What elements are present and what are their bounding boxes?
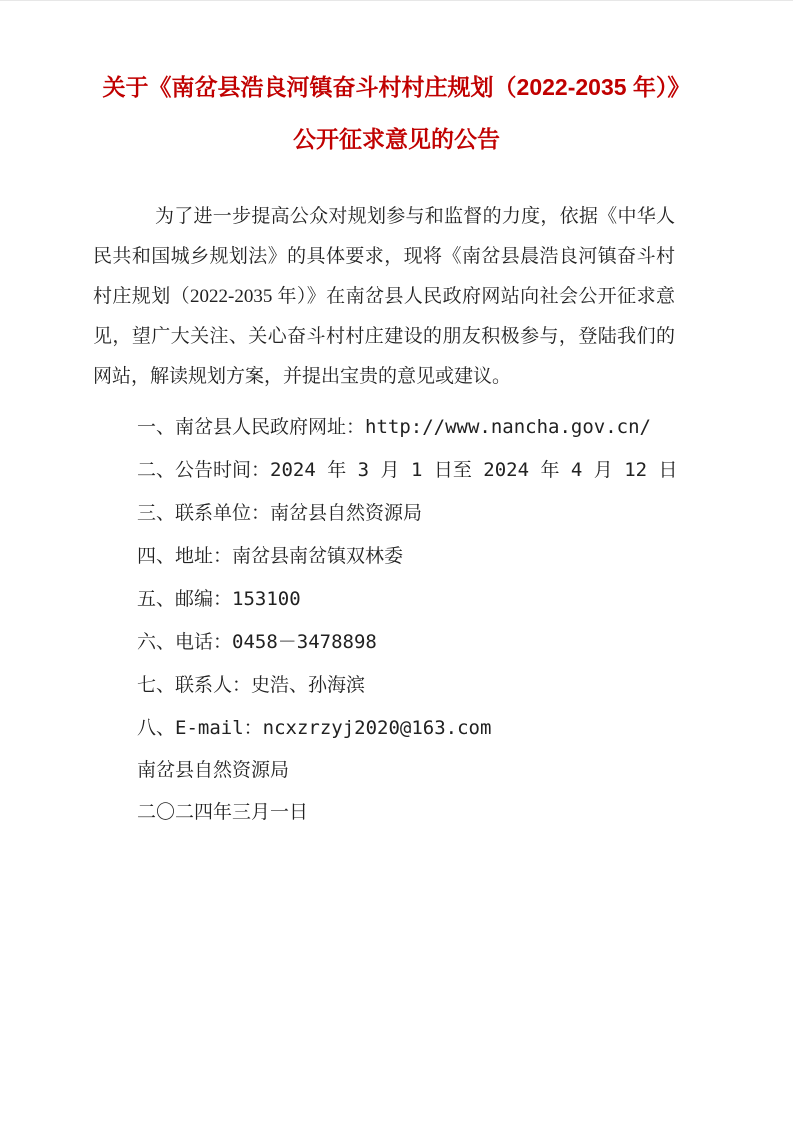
item-label: 七、联系人： [137,674,251,696]
item-label: 八、E-mail： [137,717,263,739]
list-item: 三、联系单位：南岔县自然资源局 [137,492,675,535]
list-item: 五、邮编：153100 [137,578,675,621]
item-value-postal-code: 153100 [232,588,301,610]
list-item: 六、电话：0458－3478898 [137,621,675,664]
list-item: 七、联系人：史浩、孙海滨 [137,664,675,707]
item-value-notice-period: 2024 年 3 月 1 日至 2024 年 4 月 12 日 [270,459,678,481]
closing-block: 南岔县自然资源局 二〇二四年三月一日 [137,750,675,834]
document-page: 关于《南岔县浩良河镇奋斗村村庄规划（2022-2035 年）》 公开征求意见的公… [0,0,793,1122]
item-label: 四、地址： [137,545,232,567]
item-value-contact-persons: 史浩、孙海滨 [251,674,365,696]
item-label: 五、邮编： [137,588,232,610]
list-item: 二、公告时间：2024 年 3 月 1 日至 2024 年 4 月 12 日 [137,449,675,492]
info-list: 一、南岔县人民政府网址：http://www.nancha.gov.cn/ 二、… [137,406,675,750]
list-item: 一、南岔县人民政府网址：http://www.nancha.gov.cn/ [137,406,675,449]
intro-paragraph: 为了进一步提高公众对规划参与和监督的力度，依据《中华人民共和国城乡规划法》的具体… [93,197,675,397]
notice-body: 为了进一步提高公众对规划参与和监督的力度，依据《中华人民共和国城乡规划法》的具体… [93,197,675,834]
item-label: 六、电话： [137,631,232,653]
item-label: 一、南岔县人民政府网址： [137,416,365,438]
signature-org: 南岔县自然资源局 [137,750,675,792]
notice-title-line2: 公开征求意见的公告 [0,113,793,165]
item-label: 二、公告时间： [137,459,270,481]
list-item: 八、E-mail：ncxzrzyj2020@163.com [137,707,675,750]
list-item: 四、地址：南岔县南岔镇双林委 [137,535,675,578]
signature-date: 二〇二四年三月一日 [137,792,675,834]
item-value-contact-unit: 南岔县自然资源局 [270,502,422,524]
item-value-address: 南岔县南岔镇双林委 [232,545,403,567]
item-value-phone-number: 0458－3478898 [232,631,377,653]
item-value-email-address: ncxzrzyj2020@163.com [263,717,492,739]
notice-title: 关于《南岔县浩良河镇奋斗村村庄规划（2022-2035 年）》 公开征求意见的公… [0,61,793,165]
item-value-website-url: http://www.nancha.gov.cn/ [365,416,651,438]
notice-title-line1: 关于《南岔县浩良河镇奋斗村村庄规划（2022-2035 年）》 [0,61,793,113]
item-label: 三、联系单位： [137,502,270,524]
